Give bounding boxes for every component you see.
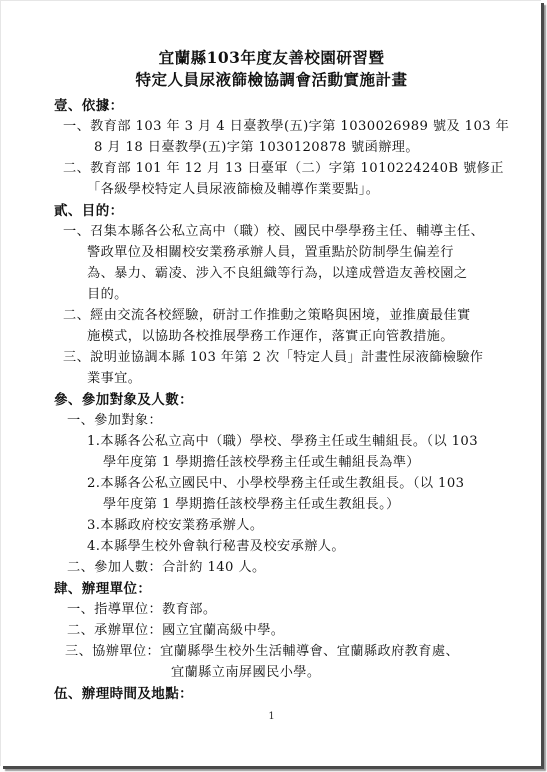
section-heading-basis: 壹、依據： — [54, 97, 124, 115]
participants-target-3: 3.本縣政府校安業務承辦人。 — [87, 517, 263, 535]
organizers-item-3-line1: 三、協辦單位：宜蘭縣學生校外生活輔導會、宜蘭縣政府教育處、 — [65, 643, 459, 661]
purpose-item-2-line1: 二、經由交流各校經驗，研討工作推動之策略與困境，並推廣最佳實 — [63, 307, 471, 325]
purpose-item-1-line2: 警政單位及相關校安業務承辦人員，置重點於防制學生偏差行 — [87, 244, 454, 262]
section-heading-schedule: 伍、辦理時間及地點： — [54, 685, 193, 703]
section-heading-participants: 參、參加對象及人數： — [54, 391, 193, 409]
basis-item-2-line1: 二、教育部 101 年 12 月 13 日臺軍（二）字第 1010224240B… — [63, 160, 504, 178]
purpose-item-1-line4: 目的。 — [87, 286, 128, 304]
page-number: 1 — [1, 711, 542, 723]
organizers-item-2: 二、承辦單位：國立宜蘭高級中學。 — [67, 622, 284, 640]
purpose-item-1-line1: 一、召集本縣各公私立高中（職）校、國民中學學務主任、輔導主任、 — [63, 223, 484, 241]
purpose-item-1-line3: 為、暴力、霸凌、涉入不良組織等行為，以達成營造友善校園之 — [87, 265, 467, 283]
basis-item-2-line2: 「各級學校特定人員尿液篩檢及輔導作業要點」。 — [87, 181, 379, 199]
purpose-item-3-line1: 三、說明並協調本縣 103 年第 2 次「特定人員」計畫性尿液篩檢驗作 — [63, 349, 483, 367]
section-heading-purpose: 貳、目的： — [54, 202, 124, 220]
participants-target-4: 4.本縣學生校外會執行秘書及校安承辦人。 — [87, 538, 345, 556]
purpose-item-2-line2: 施模式，以協助各校推展學務工作運作，落實正向管教措施。 — [87, 328, 454, 346]
participants-target-2-line2: 學年度第 1 學期擔任該校學務主任或生教組長。） — [103, 496, 400, 514]
basis-item-1-line1: 一、教育部 103 年 3 月 4 日臺教學(五)字第 1030026989 號… — [63, 118, 509, 136]
participants-target-2-line1: 2.本縣各公私立國民中、小學校學務主任或生教組長。（以 103 — [87, 475, 464, 493]
participants-item-2: 二、參加人數：合計約 140 人。 — [67, 559, 266, 577]
purpose-item-3-line2: 業事宜。 — [87, 370, 141, 388]
document-title-line1: 宜蘭縣103年度友善校園研習暨 — [1, 48, 542, 68]
participants-target-1-line2: 學年度第 1 學期擔任該校學務主任或生輔組長為準） — [103, 454, 420, 472]
organizers-item-1: 一、指導單位：教育部。 — [67, 601, 216, 619]
participants-target-1-line1: 1.本縣各公私立高中（職）學校、學務主任或生輔組長。（以 103 — [87, 433, 478, 451]
basis-item-1-line2: 8 月 18 日臺教學(五)字第 1030120878 號函辦理。 — [94, 139, 419, 157]
participants-item-1: 一、參加對象： — [67, 412, 162, 430]
section-heading-organizers: 肆、辦理單位： — [54, 580, 151, 598]
organizers-item-3-line2: 宜蘭縣立南屏國民小學。 — [171, 664, 320, 682]
document-title-line2: 特定人員尿液篩檢協調會活動實施計畫 — [1, 70, 542, 90]
document-page: 宜蘭縣103年度友善校園研習暨 特定人員尿液篩檢協調會活動實施計畫 壹、依據： … — [0, 0, 541, 766]
